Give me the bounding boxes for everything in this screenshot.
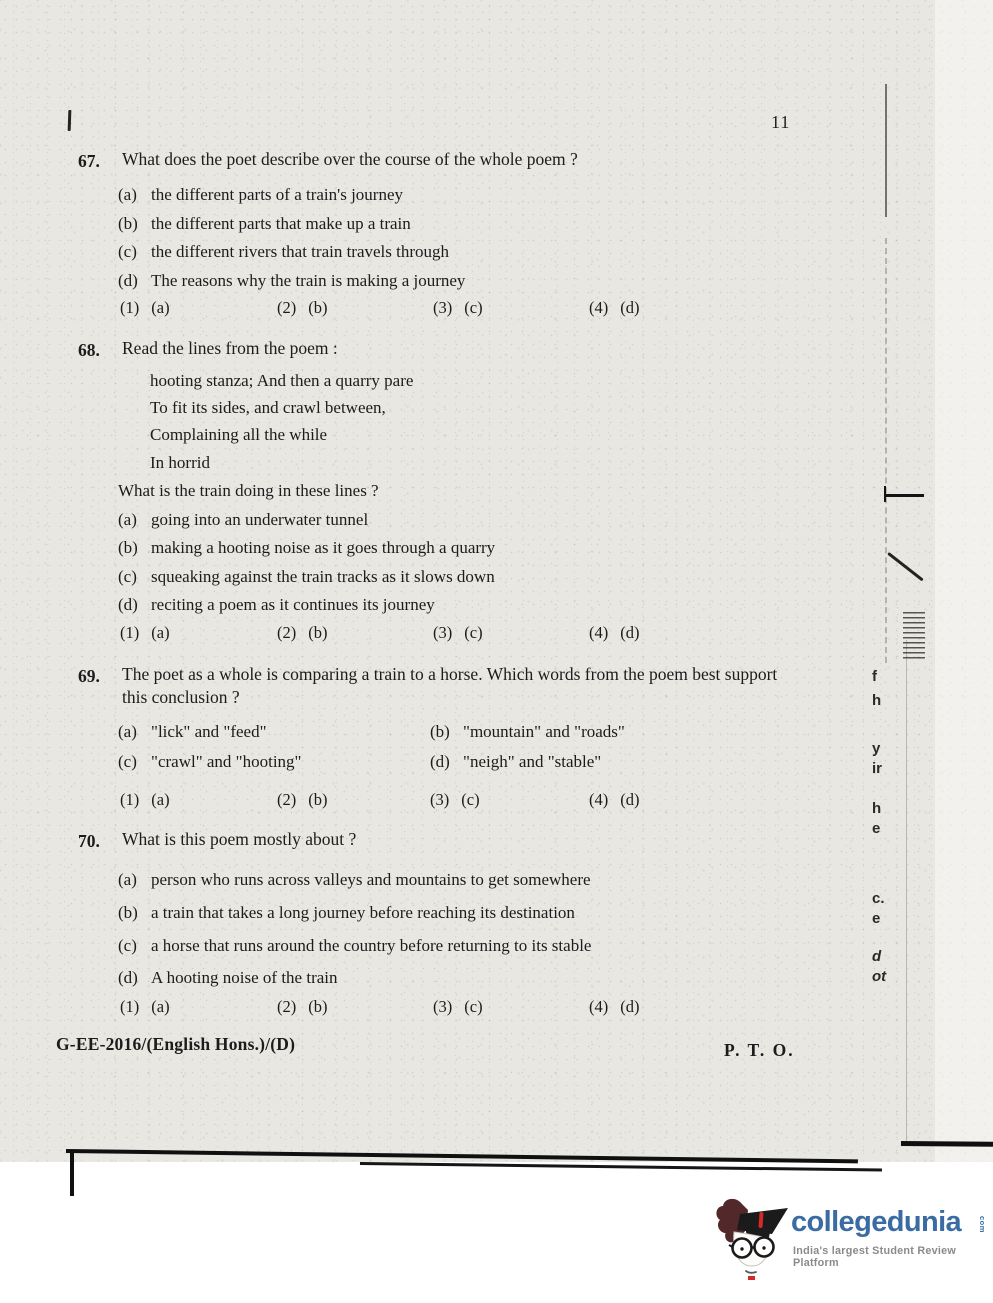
option-text: A hooting noise of the train <box>151 962 798 995</box>
edge-text-fragment: e <box>872 820 880 837</box>
option-text: person who runs across valleys and mount… <box>151 864 798 897</box>
edge-text-fragment: y <box>872 740 880 757</box>
answer-choice-1: (1)(a) <box>120 623 170 643</box>
answer-choice-1: (1)(a) <box>120 790 170 810</box>
answer-choice-1: (1)(a) <box>120 997 170 1017</box>
option-d: (d)"neigh" and "stable" <box>430 752 601 772</box>
edge-text-fragment: h <box>872 800 881 817</box>
question-number: 69. <box>78 663 122 690</box>
answer-choices-row: (1)(a) (2)(b) (3)(c) (4)(d) <box>78 997 798 1023</box>
question-68: 68. Read the lines from the poem : hooti… <box>78 337 798 649</box>
option-label: (c) <box>118 238 151 267</box>
question-number: 68. <box>78 337 122 364</box>
answer-choice-4: (4)(d) <box>589 997 640 1017</box>
option-a: (a)"lick" and "feed" <box>118 722 267 742</box>
question-number: 67. <box>78 148 122 175</box>
question-text: What is this poem mostly about ? <box>122 828 682 851</box>
option-label: (a) <box>118 506 151 535</box>
scan-artifact-bracket <box>884 494 924 497</box>
answer-choice-3: (3)(c) <box>433 623 483 643</box>
scanned-exam-page: 11 67. What does the poet describe over … <box>0 0 993 1162</box>
option-a: (a) person who runs across valleys and m… <box>118 864 798 897</box>
answer-choice-3: (3)(c) <box>430 790 480 810</box>
question-67: 67. What does the poet describe over the… <box>78 148 798 324</box>
poem-line: Complaining all the while <box>150 421 798 448</box>
edge-text-fragment: ir <box>872 760 882 777</box>
scan-artifact-bracket <box>884 486 886 502</box>
answer-choice-2: (2)(b) <box>277 298 328 318</box>
scan-artifact-line <box>885 238 887 663</box>
option-c: (c) squeaking against the train tracks a… <box>118 563 798 592</box>
question-number: 70. <box>78 828 122 855</box>
edge-text-fragment: c. <box>872 890 885 907</box>
options-row-2: (c)"crawl" and "hooting" (d)"neigh" and … <box>78 752 798 782</box>
option-c: (c) a horse that runs around the country… <box>118 930 798 963</box>
page-number: 11 <box>771 112 790 133</box>
page-border-line <box>70 1152 74 1196</box>
collegedunia-wordmark: collegedunia <box>791 1206 961 1239</box>
answer-choice-4: (4)(d) <box>589 790 640 810</box>
option-label: (d) <box>118 962 151 995</box>
paper-code: G-EE-2016/(English Hons.)/(D) <box>56 1034 295 1055</box>
poem-line: In horrid <box>150 449 798 476</box>
question-text: What does the poet describe over the cou… <box>122 148 682 171</box>
edge-text-fragment: ot <box>872 968 886 985</box>
option-c: (c) the different rivers that train trav… <box>118 238 798 267</box>
option-b: (b)"mountain" and "roads" <box>430 722 625 742</box>
option-label: (b) <box>118 897 151 930</box>
option-text: a train that takes a long journey before… <box>151 897 798 930</box>
option-d: (d) reciting a poem as it continues its … <box>118 591 798 620</box>
option-label: (c) <box>118 563 151 592</box>
option-label: (c) <box>118 930 151 963</box>
question-subtext: What is the train doing in these lines ? <box>118 477 798 504</box>
option-b: (b) a train that takes a long journey be… <box>118 897 798 930</box>
option-text: reciting a poem as it continues its jour… <box>151 591 798 620</box>
answer-choice-2: (2)(b) <box>277 790 328 810</box>
option-text: the different parts of a train's journey <box>151 181 798 210</box>
page-border-line <box>66 1149 858 1163</box>
option-label: (b) <box>118 210 151 239</box>
question-text: Read the lines from the poem : <box>122 337 682 360</box>
edge-text-fragment: h <box>872 692 881 709</box>
answer-choice-2: (2)(b) <box>277 997 328 1017</box>
question-69: 69. The poet as a whole is comparing a t… <box>78 663 798 816</box>
scan-artifact-hatch <box>903 612 925 660</box>
option-text: making a hooting noise as it goes throug… <box>151 534 798 563</box>
option-b: (b) the different parts that make up a t… <box>118 210 798 239</box>
edge-text-fragment: d <box>872 948 881 965</box>
answer-choices-row: (1)(a) (2)(b) (3)(c) (4)(d) <box>78 790 798 816</box>
page-border-line <box>901 1141 993 1146</box>
option-label: (d) <box>118 591 151 620</box>
scan-artifact-stroke <box>887 552 923 581</box>
option-text: The reasons why the train is making a jo… <box>151 267 798 296</box>
option-d: (d) The reasons why the train is making … <box>118 267 798 296</box>
options-list: (a) the different parts of a train's jou… <box>118 181 798 295</box>
option-text: the different parts that make up a train <box>151 210 798 239</box>
option-text: the different rivers that train travels … <box>151 238 798 267</box>
scan-artifact-line <box>906 640 907 1145</box>
option-text: going into an underwater tunnel <box>151 506 798 535</box>
option-label: (b) <box>118 534 151 563</box>
answer-choices-row: (1)(a) (2)(b) (3)(c) (4)(d) <box>78 623 798 649</box>
answer-choice-3: (3)(c) <box>433 298 483 318</box>
option-d: (d) A hooting noise of the train <box>118 962 798 995</box>
option-a: (a) the different parts of a train's jou… <box>118 181 798 210</box>
answer-choice-4: (4)(d) <box>589 623 640 643</box>
edge-text-fragment: e <box>872 910 880 927</box>
collegedunia-tagline: India's largest Student Review Platform <box>793 1245 993 1269</box>
poem-excerpt: hooting stanza; And then a quarry pare T… <box>150 367 798 476</box>
answer-choice-3: (3)(c) <box>433 997 483 1017</box>
stray-ink-mark <box>68 110 72 131</box>
option-label: (d) <box>118 267 151 296</box>
page-border-line <box>360 1162 882 1171</box>
option-text: squeaking against the train tracks as it… <box>151 563 798 592</box>
poem-line: hooting stanza; And then a quarry pare <box>150 367 798 394</box>
collegedunia-mascot-icon <box>712 1192 792 1280</box>
answer-choice-4: (4)(d) <box>589 298 640 318</box>
answer-choice-1: (1)(a) <box>120 298 170 318</box>
poem-line: To fit its sides, and crawl between, <box>150 394 798 421</box>
edge-text-fragment: f <box>872 668 877 685</box>
option-label: (a) <box>118 181 151 210</box>
question-70: 70. What is this poem mostly about ? (a)… <box>78 828 798 1023</box>
question-text: The poet as a whole is comparing a train… <box>122 663 794 708</box>
answer-choices-row: (1)(a) (2)(b) (3)(c) (4)(d) <box>78 298 798 324</box>
option-text: a horse that runs around the country bef… <box>151 930 798 963</box>
options-list: (a) going into an underwater tunnel (b) … <box>118 506 798 620</box>
collegedunia-domain-suffix: com <box>978 1216 987 1233</box>
option-a: (a) going into an underwater tunnel <box>118 506 798 535</box>
pto-label: P. T. O. <box>724 1040 795 1061</box>
option-b: (b) making a hooting noise as it goes th… <box>118 534 798 563</box>
answer-choice-2: (2)(b) <box>277 623 328 643</box>
options-row-1: (a)"lick" and "feed" (b)"mountain" and "… <box>78 722 798 752</box>
scan-edge-highlight <box>935 0 993 1162</box>
option-label: (a) <box>118 864 151 897</box>
scan-artifact-line <box>885 84 887 217</box>
collegedunia-logo: collegedunia com India's largest Student… <box>712 1192 993 1280</box>
option-c: (c)"crawl" and "hooting" <box>118 752 302 772</box>
options-list: (a) person who runs across valleys and m… <box>118 864 798 995</box>
